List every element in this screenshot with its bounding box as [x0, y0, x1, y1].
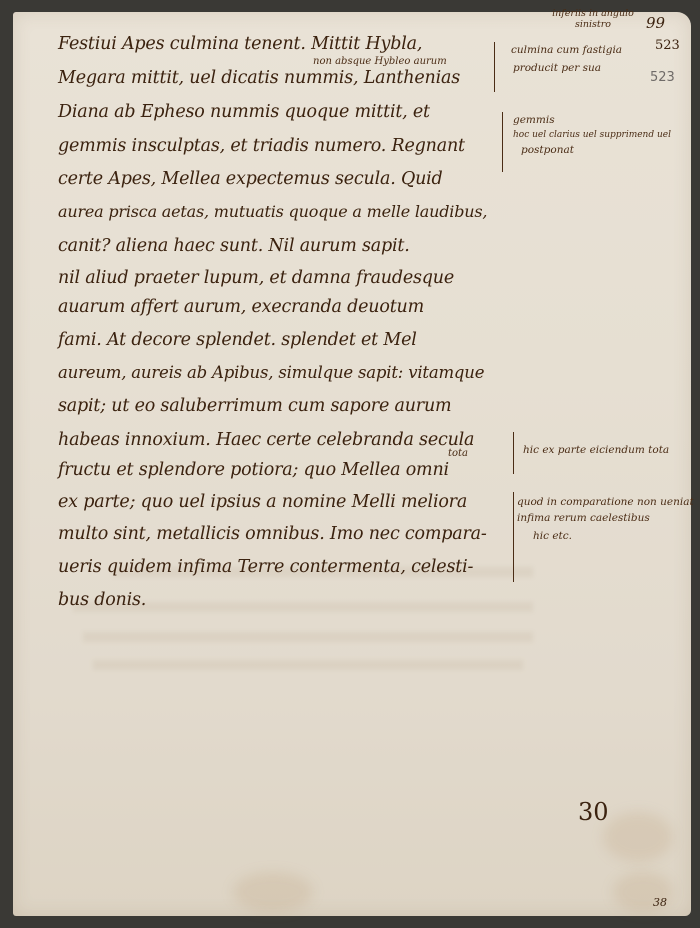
marginal-note-4: quod in comparatione non ueniat — [517, 496, 694, 508]
text-line-2: Megara mittit, uel dicatis nummis, Lanth… — [58, 68, 460, 88]
marginal-note-1: producit per sua — [513, 62, 601, 74]
text-line-12: sapit; ut eo saluberrimum cum sapore aur… — [58, 396, 451, 416]
text-line-8: nil aliud praeter lupum, et damna fraude… — [58, 268, 454, 288]
text-line-13: habeas innoxium. Haec certe celebranda s… — [58, 430, 474, 450]
marginal-note-2: hoc uel clarius uel supprimend uel — [513, 130, 671, 140]
margin-bracket — [502, 112, 503, 172]
text-line-15: ex parte; quo uel ipsius a nomine Melli … — [58, 492, 467, 512]
margin-bracket — [513, 492, 514, 582]
marginal-note-2: gemmis — [513, 114, 555, 126]
text-line-9: auarum affert aurum, execranda deuotum — [58, 297, 424, 317]
text-line-6: aurea prisca aetas, mutuatis quoque a me… — [58, 202, 487, 221]
marginal-note-3: hic ex parte eiciendum tota — [523, 444, 669, 456]
text-line-3: Diana ab Epheso nummis quoque mittit, et — [58, 102, 430, 122]
bleed-through — [93, 660, 523, 670]
marginal-note-4: infima rerum caelestibus — [517, 512, 650, 524]
paper-stain — [233, 872, 313, 912]
folio-number-pencil: 523 — [650, 70, 675, 85]
interlinear-note: tota — [448, 448, 468, 459]
text-line-1: Festiui Apes culmina tenent. Mittit Hybl… — [58, 34, 422, 54]
folio-number-ink-top: 99 — [646, 14, 665, 32]
marginal-note-1: culmina cum fastigia — [511, 44, 622, 56]
text-line-10: fami. At decore splendet. splendet et Me… — [58, 330, 417, 350]
text-line-14: fructu et splendore potiora; quo Mellea … — [58, 460, 449, 480]
bleed-through — [83, 632, 533, 642]
text-line-16: multo sint, metallicis omnibus. Imo nec … — [58, 524, 487, 544]
folio-number-ink-523: 523 — [655, 38, 680, 53]
folio-number-bottom: 30 — [578, 798, 609, 826]
manuscript-page: Festiui Apes culmina tenent. Mittit Hybl… — [13, 12, 691, 916]
text-line-7: canit? aliena haec sunt. Nil aurum sapit… — [58, 236, 410, 256]
margin-bracket — [513, 432, 514, 474]
text-line-4: gemmis insculptas, et triadis numero. Re… — [58, 136, 465, 156]
text-line-18: bus donis. — [58, 590, 146, 610]
folio-number-corner: 38 — [653, 896, 667, 909]
paper-stain — [603, 812, 673, 862]
margin-bracket — [494, 42, 495, 92]
text-line-5: certe Apes, Mellea expectemus secula. Qu… — [58, 169, 443, 189]
text-line-11: aureum, aureis ab Apibus, simulque sapit… — [58, 363, 484, 382]
marginal-note-2: postponat — [521, 144, 574, 156]
marginal-note-4: hic etc. — [533, 530, 572, 542]
text-line-17: ueris quidem infima Terre contermenta, c… — [58, 557, 473, 577]
marginal-note-top: inferiis in angulo sinistro — [538, 8, 648, 30]
interlinear-note: non absque Hybleo aurum — [313, 56, 447, 67]
